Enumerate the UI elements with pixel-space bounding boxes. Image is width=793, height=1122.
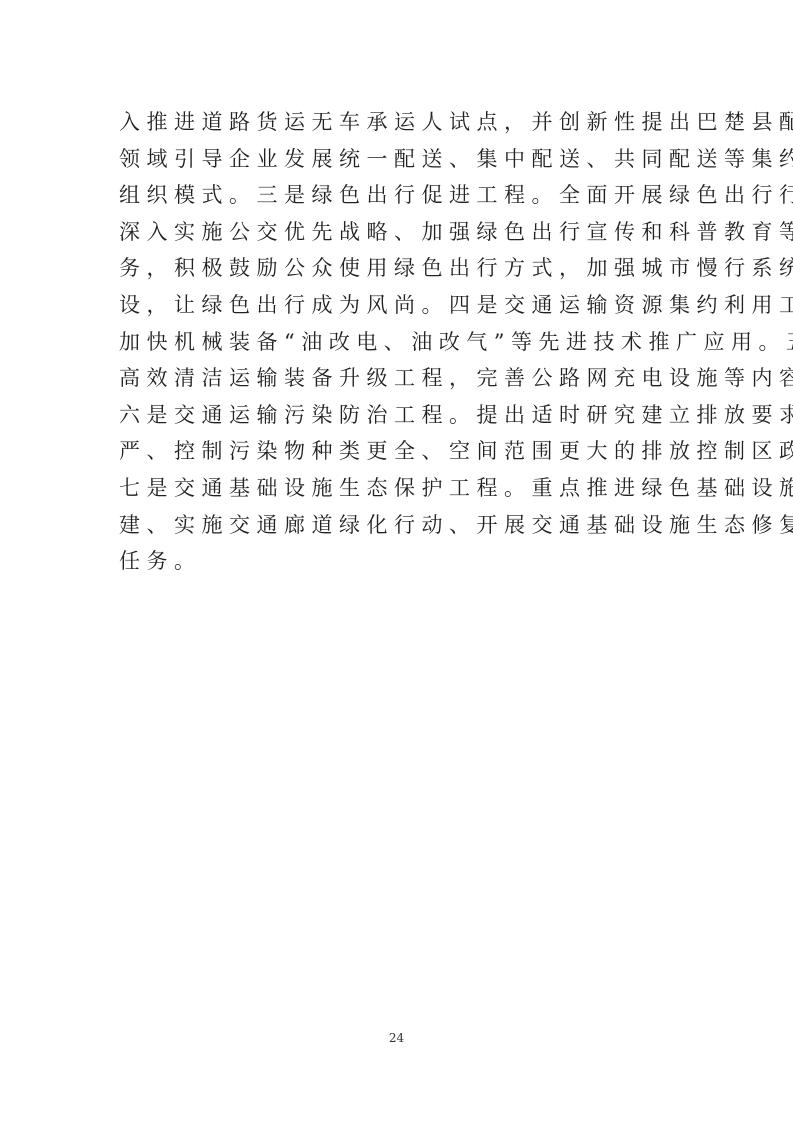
text-line: 入推进道路货运无车承运人试点，并创新性提出巴楚县配送 — [119, 104, 679, 141]
text-line: 务，积极鼓励公众使用绿色出行方式，加强城市慢行系统建 — [119, 250, 679, 287]
text-line: 任务。 — [119, 543, 679, 580]
text-line: 严、控制污染物种类更全、空间范围更大的排放控制区政策。 — [119, 433, 679, 470]
document-page: 入推进道路货运无车承运人试点，并创新性提出巴楚县配送 领域引导企业发展统一配送、… — [0, 0, 793, 1122]
text-line: 领域引导企业发展统一配送、集中配送、共同配送等集约化 — [119, 141, 679, 178]
text-line: 设，让绿色出行成为风尚。四是交通运输资源集约利用工程。 — [119, 287, 679, 324]
text-line: 深入实施公交优先战略、加强绿色出行宣传和科普教育等任 — [119, 214, 679, 251]
text-line: 组织模式。三是绿色出行促进工程。全面开展绿色出行行动、 — [119, 177, 679, 214]
text-line: 七是交通基础设施生态保护工程。重点推进绿色基础设施创 — [119, 470, 679, 507]
text-line: 高效清洁运输装备升级工程，完善公路网充电设施等内容。 — [119, 360, 679, 397]
page-number: 24 — [0, 1031, 793, 1045]
text-line: 六是交通运输污染防治工程。提出适时研究建立排放要求更 — [119, 397, 679, 434]
body-paragraph: 入推进道路货运无车承运人试点，并创新性提出巴楚县配送 领域引导企业发展统一配送、… — [119, 104, 679, 580]
text-line: 建、实施交通廊道绿化行动、开展交通基础设施生态修复等 — [119, 507, 679, 544]
text-line: 加快机械装备“油改电、油改气”等先进技术推广应用。五是 — [119, 324, 679, 361]
